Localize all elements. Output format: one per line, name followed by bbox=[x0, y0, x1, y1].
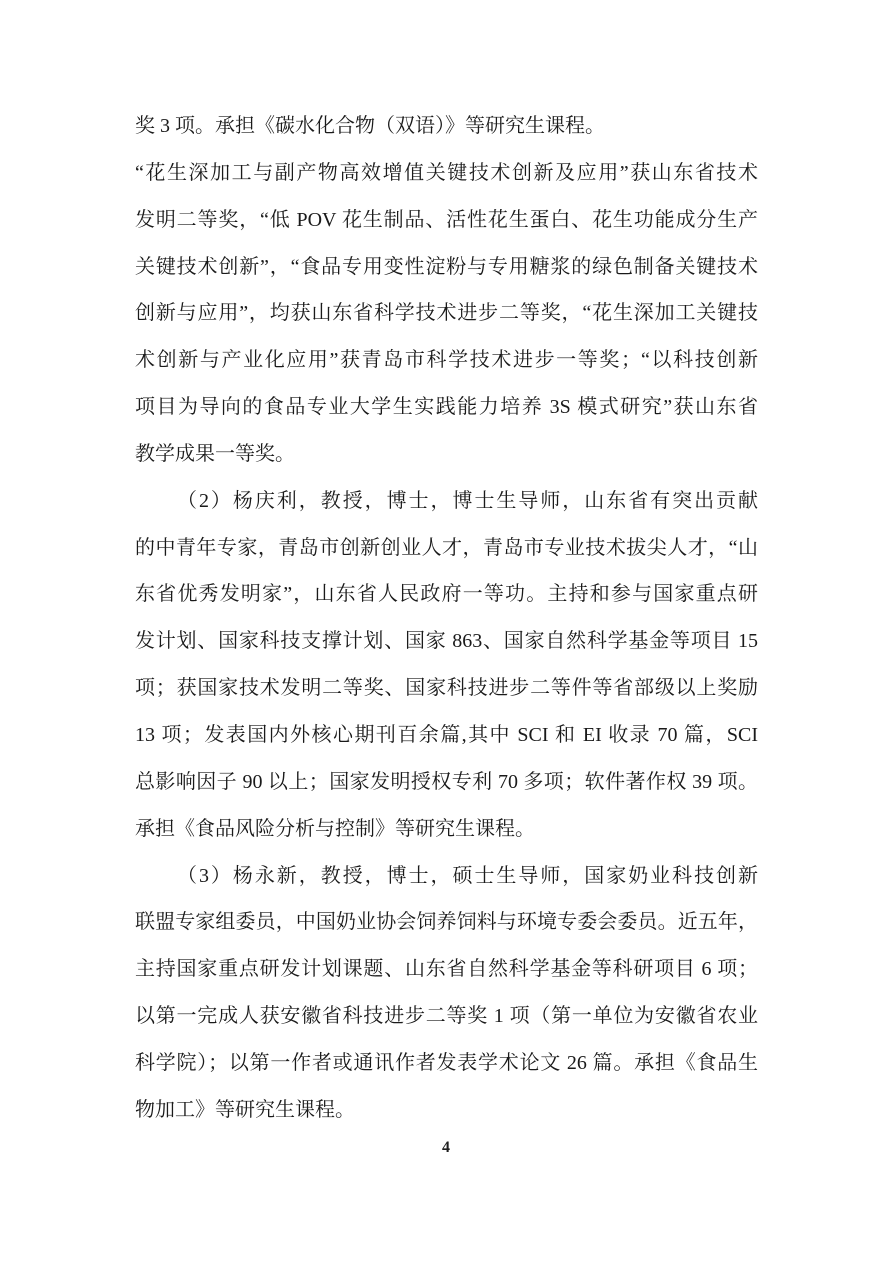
text-line: 发明二等奖，“低 POV 花生制品、活性花生蛋白、花生功能成分生产 bbox=[135, 197, 758, 244]
text-line: 发计划、国家科技支撑计划、国家 863、国家自然科学基金等项目 15 bbox=[135, 618, 758, 665]
text-line: 总影响因子 90 以上；国家发明授权专利 70 多项；软件著作权 39 项。 bbox=[135, 759, 758, 806]
text-line: 项；获国家技术发明二等奖、国家科技进步二等件等省部级以上奖励 bbox=[135, 665, 758, 712]
text-line: 东省优秀发明家”，山东省人民政府一等功。主持和参与国家重点研 bbox=[135, 571, 758, 618]
text-line: “花生深加工与副产物高效增值关键技术创新及应用”获山东省技术 bbox=[135, 150, 758, 197]
text-line: 物加工》等研究生课程。 bbox=[135, 1087, 758, 1134]
page-number: 4 bbox=[0, 1139, 892, 1157]
text-line: 主持国家重点研发计划课题、山东省自然科学基金等科研项目 6 项； bbox=[135, 946, 758, 993]
text-line: 教学成果一等奖。 bbox=[135, 431, 758, 478]
text-line-paragraph-start: （2）杨庆利，教授，博士，博士生导师，山东省有突出贡献 bbox=[135, 478, 758, 525]
text-line-paragraph-start: （3）杨永新，教授，博士，硕士生导师，国家奶业科技创新 bbox=[135, 853, 758, 900]
text-line: 创新与应用”，均获山东省科学技术进步二等奖，“花生深加工关键技 bbox=[135, 290, 758, 337]
text-line: 奖 3 项。承担《碳水化合物（双语）》等研究生课程。 bbox=[135, 103, 758, 150]
text-line: 关键技术创新”，“食品专用变性淀粉与专用糖浆的绿色制备关键技术 bbox=[135, 244, 758, 291]
text-line: 承担《食品风险分析与控制》等研究生课程。 bbox=[135, 806, 758, 853]
document-viewport: { "document": { "page_number": "4", "tex… bbox=[0, 0, 892, 1261]
text-line: 术创新与产业化应用”获青岛市科学技术进步一等奖；“以科技创新 bbox=[135, 337, 758, 384]
text-line: 项目为导向的食品专业大学生实践能力培养 3S 模式研究”获山东省 bbox=[135, 384, 758, 431]
document-body: 奖 3 项。承担《碳水化合物（双语）》等研究生课程。 “花生深加工与副产物高效增… bbox=[135, 103, 758, 1134]
text-line: 科学院）；以第一作者或通讯作者发表学术论文 26 篇。承担《食品生 bbox=[135, 1040, 758, 1087]
document-page: 奖 3 项。承担《碳水化合物（双语）》等研究生课程。 “花生深加工与副产物高效增… bbox=[0, 0, 892, 1261]
text-line: 的中青年专家，青岛市创新创业人才，青岛市专业技术拔尖人才，“山 bbox=[135, 525, 758, 572]
text-line: 联盟专家组委员，中国奶业协会饲养饲料与环境专委会委员。近五年， bbox=[135, 899, 758, 946]
text-line: 13 项；发表国内外核心期刊百余篇,其中 SCI 和 EI 收录 70 篇，SC… bbox=[135, 712, 758, 759]
text-line: 以第一完成人获安徽省科技进步二等奖 1 项（第一单位为安徽省农业 bbox=[135, 993, 758, 1040]
